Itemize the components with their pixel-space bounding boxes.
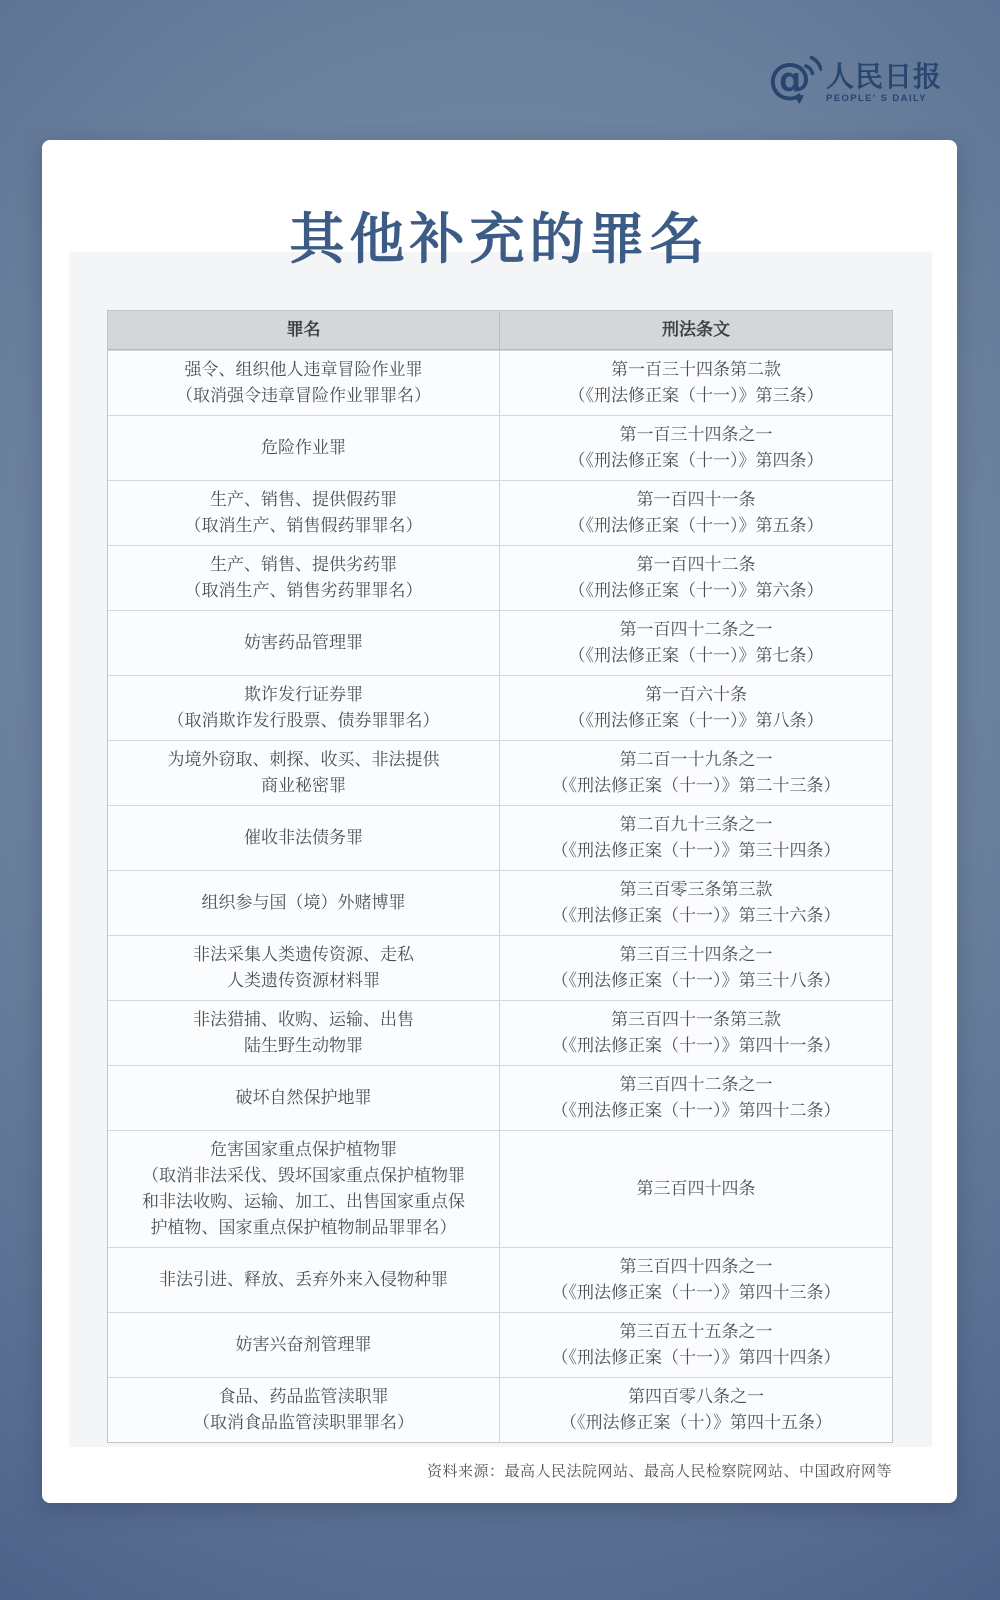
table-row: 欺诈发行证券罪（取消欺诈发行股票、债券罪罪名）第一百六十条（《刑法修正案（十一）…: [108, 675, 892, 740]
crime-name-cell: 非法猎捕、收购、运输、出售陆生野生动物罪: [108, 1001, 499, 1065]
column-header-article: 刑法条文: [499, 311, 892, 349]
crime-name-cell: 组织参与国（境）外赌博罪: [108, 871, 499, 935]
crime-name-cell: 非法引进、释放、丢弃外来入侵物种罪: [108, 1248, 499, 1312]
table-row: 催收非法债务罪第二百九十三条之一（《刑法修正案（十一）》第三十四条）: [108, 805, 892, 870]
law-article-cell: 第四百零八条之一（《刑法修正案（十）》第四十五条）: [499, 1378, 892, 1442]
table-row: 生产、销售、提供劣药罪（取消生产、销售劣药罪罪名）第一百四十二条（《刑法修正案（…: [108, 545, 892, 610]
law-article-cell: 第三百四十四条: [499, 1131, 892, 1247]
cell-line: 催收非法债务罪: [244, 825, 363, 851]
crime-name-cell: 催收非法债务罪: [108, 806, 499, 870]
cell-line: 破坏自然保护地罪: [236, 1085, 372, 1111]
cell-line: （《刑法修正案（十一）》第四十一条）: [552, 1033, 841, 1059]
logo-text: 人民日报 PEOPLE' S DAILY: [826, 62, 942, 104]
cell-line: 非法引进、释放、丢弃外来入侵物种罪: [159, 1267, 448, 1293]
table-row: 破坏自然保护地罪第三百四十二条之一（《刑法修正案（十一）》第四十二条）: [108, 1065, 892, 1130]
cell-line: 危险作业罪: [261, 435, 346, 461]
logo-chinese-name: 人民日报: [826, 62, 942, 92]
table-row: 非法引进、释放、丢弃外来入侵物种罪第三百四十四条之一（《刑法修正案（十一）》第四…: [108, 1247, 892, 1312]
crime-name-cell: 妨害兴奋剂管理罪: [108, 1313, 499, 1377]
cell-line: 第一百四十一条: [637, 487, 756, 513]
cell-line: （《刑法修正案（十一）》第五条）: [569, 513, 824, 539]
peoples-daily-logo: @ 人民日报 PEOPLE' S DAILY: [768, 52, 942, 106]
crime-name-cell: 非法采集人类遗传资源、走私人类遗传资源材料罪: [108, 936, 499, 1000]
cell-line: 商业秘密罪: [261, 773, 346, 799]
source-note: 资料来源：最高人民法院网站、最高人民检察院网站、中国政府网等: [427, 1460, 892, 1481]
svg-text:@: @: [768, 54, 811, 104]
cell-line: 第二百一十九条之一: [620, 747, 773, 773]
law-article-cell: 第一百四十二条（《刑法修正案（十一）》第六条）: [499, 546, 892, 610]
cell-line: 第一百三十四条第二款: [611, 357, 781, 383]
cell-line: 和非法收购、运输、加工、出售国家重点保: [142, 1189, 465, 1215]
cell-line: 妨害兴奋剂管理罪: [236, 1332, 372, 1358]
cell-line: 第三百零三条第三款: [620, 877, 773, 903]
table-row: 妨害兴奋剂管理罪第三百五十五条之一（《刑法修正案（十一）》第四十四条）: [108, 1312, 892, 1377]
table-row: 组织参与国（境）外赌博罪第三百零三条第三款（《刑法修正案（十一）》第三十六条）: [108, 870, 892, 935]
crime-name-cell: 生产、销售、提供劣药罪（取消生产、销售劣药罪罪名）: [108, 546, 499, 610]
crime-name-cell: 为境外窃取、刺探、收买、非法提供商业秘密罪: [108, 741, 499, 805]
crime-name-cell: 食品、药品监管渎职罪（取消食品监管渎职罪罪名）: [108, 1378, 499, 1442]
crimes-table: 罪名 刑法条文 强令、组织他人违章冒险作业罪（取消强令违章冒险作业罪罪名）第一百…: [107, 310, 893, 1443]
law-article-cell: 第一百六十条（《刑法修正案（十一）》第八条）: [499, 676, 892, 740]
cell-line: 非法采集人类遗传资源、走私: [193, 942, 414, 968]
crime-name-cell: 妨害药品管理罪: [108, 611, 499, 675]
law-article-cell: 第三百零三条第三款（《刑法修正案（十一）》第三十六条）: [499, 871, 892, 935]
table-row: 危险作业罪第一百三十四条之一（《刑法修正案（十一）》第四条）: [108, 415, 892, 480]
cell-line: 人类遗传资源材料罪: [227, 968, 380, 994]
infographic-card: 其他补充的罪名 罪名 刑法条文 强令、组织他人违章冒险作业罪（取消强令违章冒险作…: [42, 140, 957, 1503]
cell-line: 第一百六十条: [645, 682, 747, 708]
table-row: 强令、组织他人违章冒险作业罪（取消强令违章冒险作业罪罪名）第一百三十四条第二款（…: [108, 350, 892, 415]
cell-line: 组织参与国（境）外赌博罪: [202, 890, 406, 916]
cell-line: 第三百四十四条之一: [620, 1254, 773, 1280]
law-article-cell: 第二百九十三条之一（《刑法修正案（十一）》第三十四条）: [499, 806, 892, 870]
table-row: 为境外窃取、刺探、收买、非法提供商业秘密罪第二百一十九条之一（《刑法修正案（十一…: [108, 740, 892, 805]
at-speech-bubble-icon: @: [768, 52, 822, 106]
law-article-cell: 第三百四十四条之一（《刑法修正案（十一）》第四十三条）: [499, 1248, 892, 1312]
cell-line: （《刑法修正案（十一）》第二十三条）: [552, 773, 841, 799]
cell-line: 欺诈发行证券罪: [244, 682, 363, 708]
cell-line: 陆生野生动物罪: [244, 1033, 363, 1059]
law-article-cell: 第三百三十四条之一（《刑法修正案（十一）》第三十八条）: [499, 936, 892, 1000]
cell-line: 护植物、国家重点保护植物制品罪罪名）: [151, 1215, 457, 1241]
law-article-cell: 第一百三十四条第二款（《刑法修正案（十一）》第三条）: [499, 351, 892, 415]
column-header-crime: 罪名: [108, 311, 499, 349]
cell-line: 第二百九十三条之一: [620, 812, 773, 838]
cell-line: （《刑法修正案（十一）》第六条）: [569, 578, 824, 604]
cell-line: 第一百四十二条之一: [620, 617, 773, 643]
cell-line: 第三百四十一条第三款: [611, 1007, 781, 1033]
cell-line: 为境外窃取、刺探、收买、非法提供: [168, 747, 440, 773]
crime-name-cell: 破坏自然保护地罪: [108, 1066, 499, 1130]
crime-name-cell: 危害国家重点保护植物罪（取消非法采伐、毁坏国家重点保护植物罪和非法收购、运输、加…: [108, 1131, 499, 1247]
cell-line: （《刑法修正案（十一）》第四十三条）: [552, 1280, 841, 1306]
cell-line: （《刑法修正案（十一）》第七条）: [569, 643, 824, 669]
law-article-cell: 第二百一十九条之一（《刑法修正案（十一）》第二十三条）: [499, 741, 892, 805]
cell-line: 第三百三十四条之一: [620, 942, 773, 968]
cell-line: （《刑法修正案（十一）》第三十八条）: [552, 968, 841, 994]
cell-line: （取消欺诈发行股票、债券罪罪名）: [168, 708, 440, 734]
table-row: 生产、销售、提供假药罪（取消生产、销售假药罪罪名）第一百四十一条（《刑法修正案（…: [108, 480, 892, 545]
law-article-cell: 第三百四十一条第三款（《刑法修正案（十一）》第四十一条）: [499, 1001, 892, 1065]
cell-line: 妨害药品管理罪: [244, 630, 363, 656]
cell-line: （《刑法修正案（十一）》第四十二条）: [552, 1098, 841, 1124]
cell-line: （取消非法采伐、毁坏国家重点保护植物罪: [142, 1163, 465, 1189]
cell-line: 第一百三十四条之一: [620, 422, 773, 448]
cell-line: 第一百四十二条: [637, 552, 756, 578]
law-article-cell: 第一百四十二条之一（《刑法修正案（十一）》第七条）: [499, 611, 892, 675]
cell-line: 第三百四十四条: [637, 1176, 756, 1202]
cell-line: 第三百五十五条之一: [620, 1319, 773, 1345]
crime-name-cell: 强令、组织他人违章冒险作业罪（取消强令违章冒险作业罪罪名）: [108, 351, 499, 415]
law-article-cell: 第三百四十二条之一（《刑法修正案（十一）》第四十二条）: [499, 1066, 892, 1130]
cell-line: （《刑法修正案（十一）》第八条）: [569, 708, 824, 734]
page-title: 其他补充的罪名: [42, 195, 957, 274]
cell-line: 生产、销售、提供假药罪: [210, 487, 397, 513]
cell-line: （取消食品监管渎职罪罪名）: [193, 1410, 414, 1436]
cell-line: （《刑法修正案（十一）》第三条）: [569, 383, 824, 409]
logo-english-name: PEOPLE' S DAILY: [826, 93, 942, 104]
crime-name-cell: 危险作业罪: [108, 416, 499, 480]
cell-line: （《刑法修正案（十一）》第四十四条）: [552, 1345, 841, 1371]
cell-line: 危害国家重点保护植物罪: [210, 1137, 397, 1163]
table-header-row: 罪名 刑法条文: [108, 311, 892, 350]
cell-line: （取消生产、销售劣药罪罪名）: [185, 578, 423, 604]
cell-line: 强令、组织他人违章冒险作业罪: [185, 357, 423, 383]
crime-name-cell: 生产、销售、提供假药罪（取消生产、销售假药罪罪名）: [108, 481, 499, 545]
table-row: 食品、药品监管渎职罪（取消食品监管渎职罪罪名）第四百零八条之一（《刑法修正案（十…: [108, 1377, 892, 1442]
table-row: 妨害药品管理罪第一百四十二条之一（《刑法修正案（十一）》第七条）: [108, 610, 892, 675]
crime-name-cell: 欺诈发行证券罪（取消欺诈发行股票、债券罪罪名）: [108, 676, 499, 740]
table-row: 非法猎捕、收购、运输、出售陆生野生动物罪第三百四十一条第三款（《刑法修正案（十一…: [108, 1000, 892, 1065]
cell-line: 食品、药品监管渎职罪: [219, 1384, 389, 1410]
cell-line: 第三百四十二条之一: [620, 1072, 773, 1098]
law-article-cell: 第三百五十五条之一（《刑法修正案（十一）》第四十四条）: [499, 1313, 892, 1377]
table-panel: 罪名 刑法条文 强令、组织他人违章冒险作业罪（取消强令违章冒险作业罪罪名）第一百…: [69, 252, 932, 1447]
cell-line: （《刑法修正案（十一）》第三十四条）: [552, 838, 841, 864]
law-article-cell: 第一百四十一条（《刑法修正案（十一）》第五条）: [499, 481, 892, 545]
table-body: 强令、组织他人违章冒险作业罪（取消强令违章冒险作业罪罪名）第一百三十四条第二款（…: [108, 350, 892, 1442]
law-article-cell: 第一百三十四条之一（《刑法修正案（十一）》第四条）: [499, 416, 892, 480]
cell-line: （《刑法修正案（十一）》第四条）: [569, 448, 824, 474]
cell-line: （取消强令违章冒险作业罪罪名）: [176, 383, 431, 409]
cell-line: 生产、销售、提供劣药罪: [210, 552, 397, 578]
cell-line: 非法猎捕、收购、运输、出售: [193, 1007, 414, 1033]
table-row: 危害国家重点保护植物罪（取消非法采伐、毁坏国家重点保护植物罪和非法收购、运输、加…: [108, 1130, 892, 1247]
cell-line: 第四百零八条之一: [628, 1384, 764, 1410]
cell-line: （取消生产、销售假药罪罪名）: [185, 513, 423, 539]
table-row: 非法采集人类遗传资源、走私人类遗传资源材料罪第三百三十四条之一（《刑法修正案（十…: [108, 935, 892, 1000]
cell-line: （《刑法修正案（十）》第四十五条）: [560, 1410, 832, 1436]
cell-line: （《刑法修正案（十一）》第三十六条）: [552, 903, 841, 929]
